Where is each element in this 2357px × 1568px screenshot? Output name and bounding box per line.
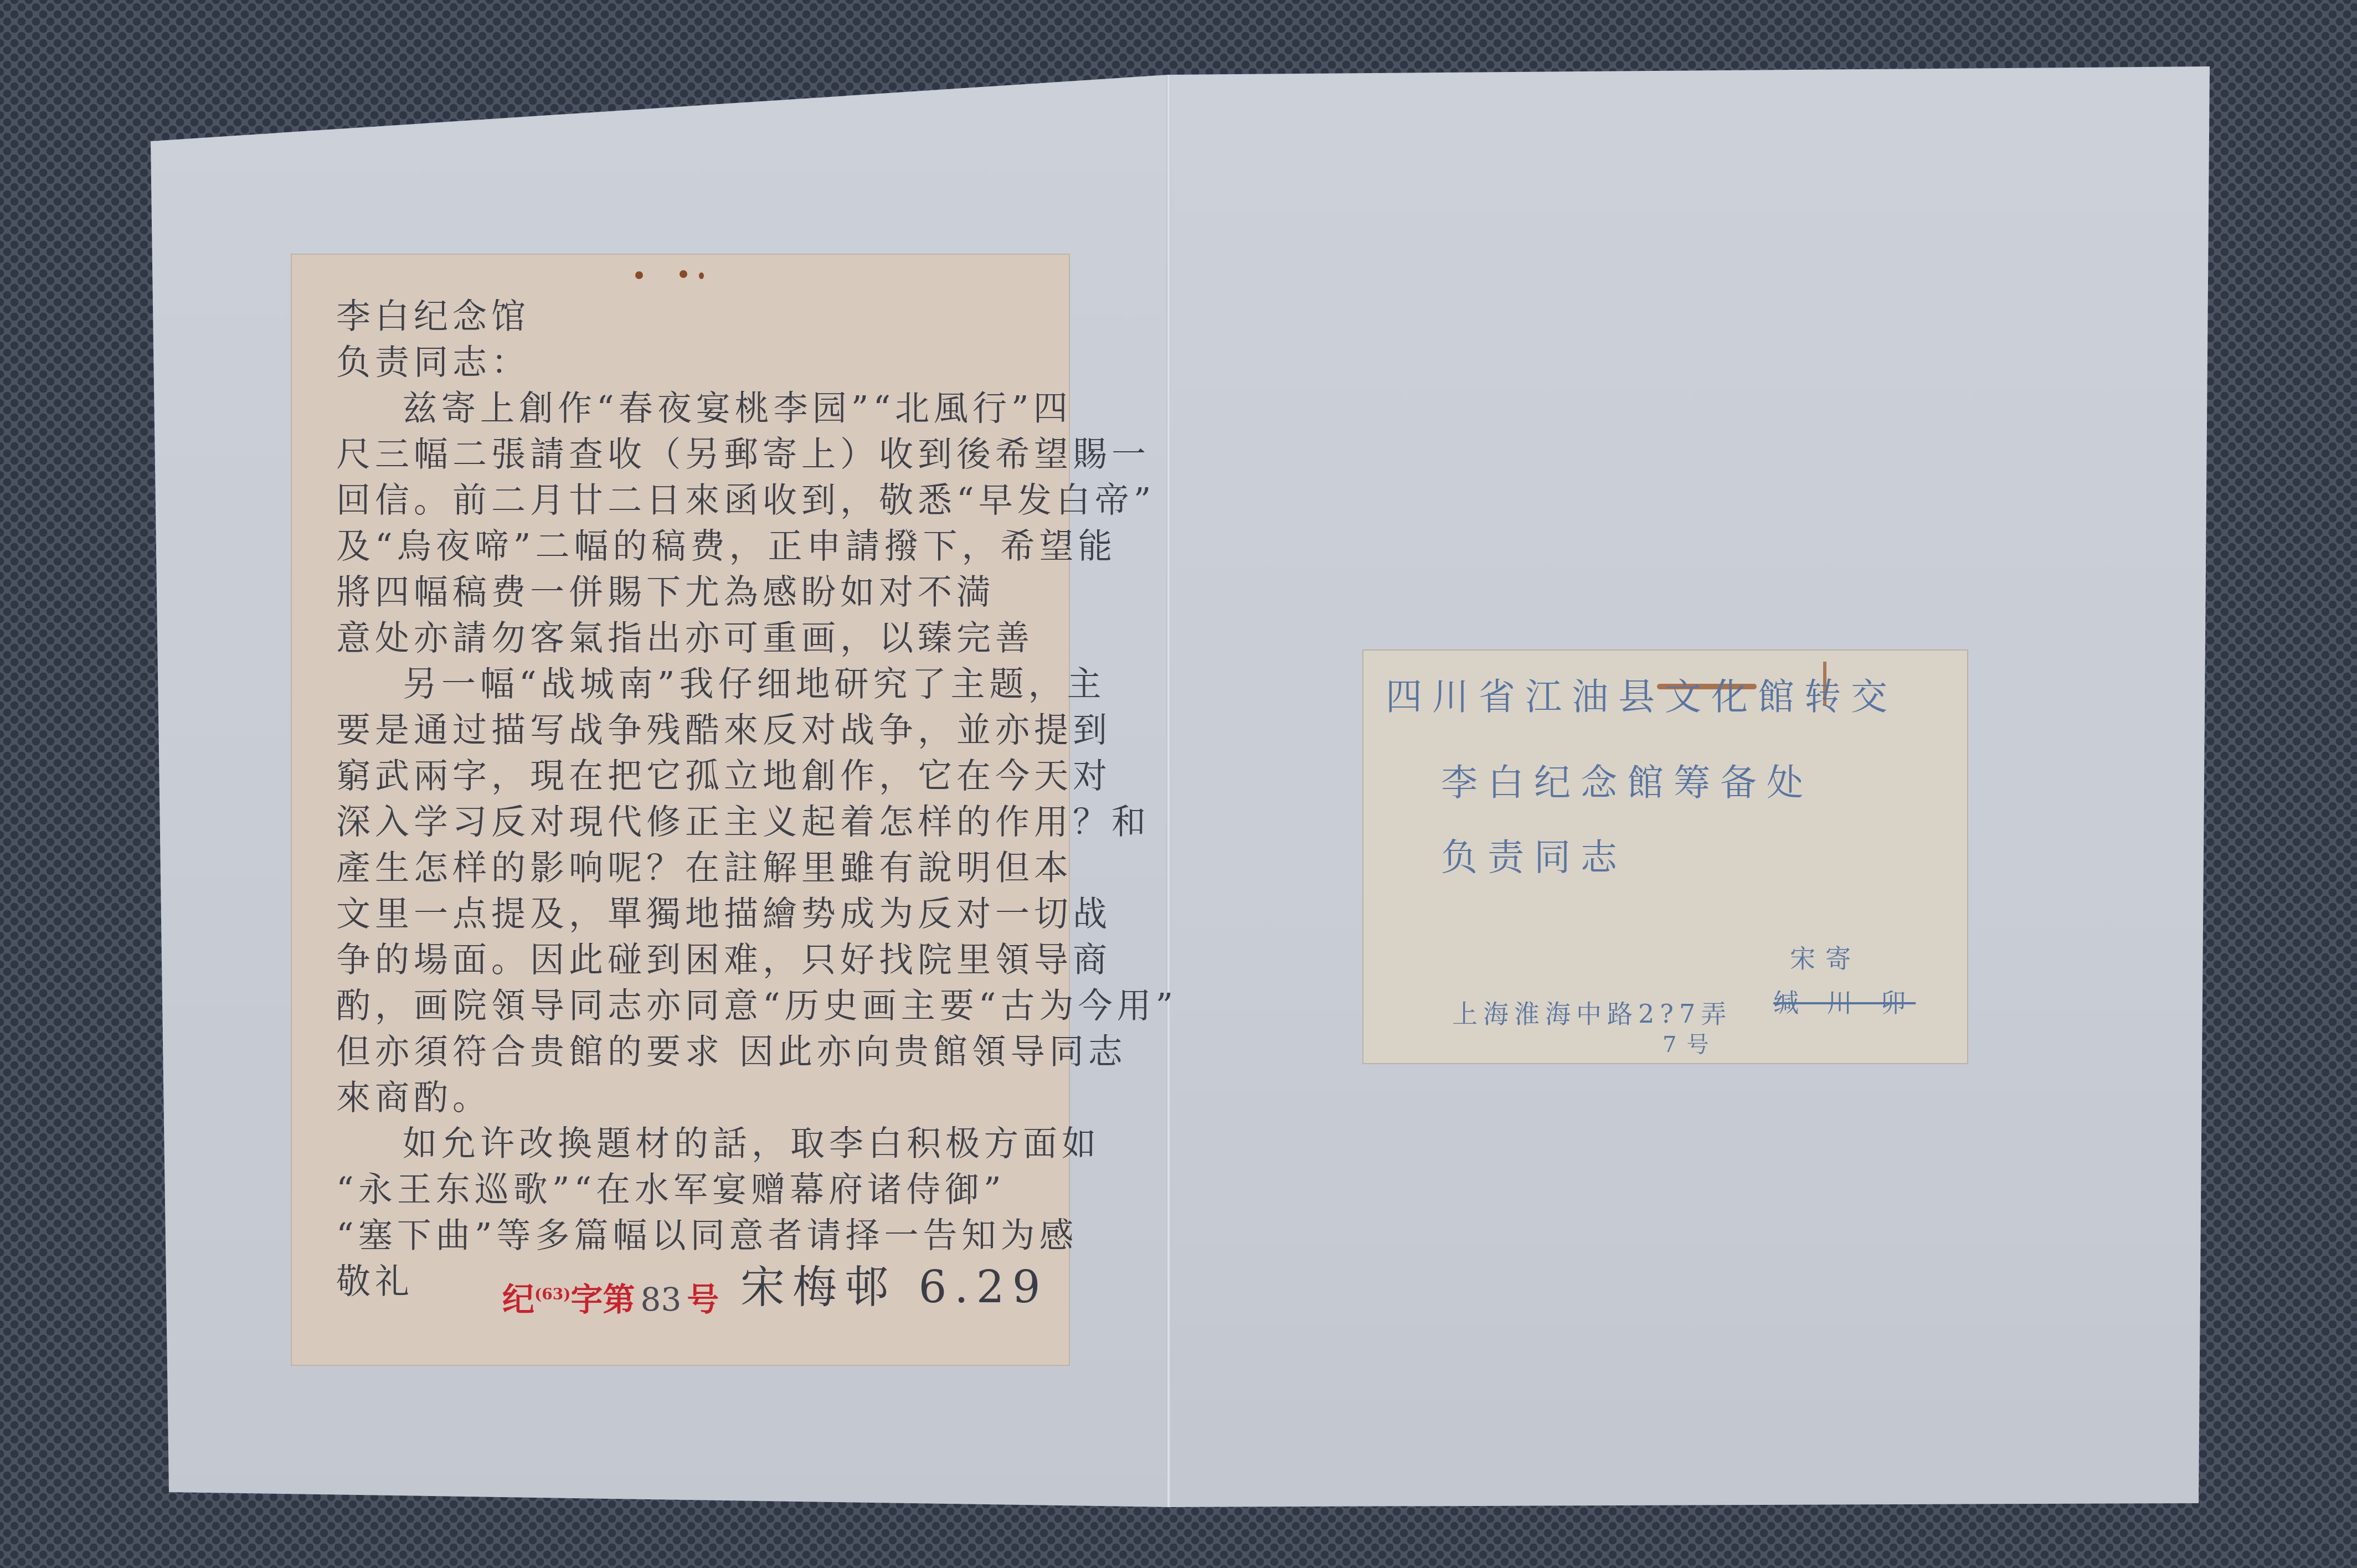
- envelope-recipient-name: 负责同志: [1441, 828, 1627, 880]
- letter-line: 如允许改換題材的話，取李白积极方面如: [336, 1121, 1036, 1167]
- rust-spot: [680, 270, 687, 278]
- envelope-recipient-org: 李白纪念館筹备处: [1441, 753, 1813, 806]
- letter-line: 尺三幅二張請查收（另郵寄上）收到後希望賜一: [336, 431, 1036, 477]
- envelope-crossed-mark: 缄 川 卯: [1773, 983, 1916, 1019]
- envelope-sender-name: 宋寄: [1790, 938, 1861, 975]
- letter-line: 争的場面。因此碰到困难，只好找院里領导商: [336, 937, 1036, 983]
- envelope: 四川省江油县文化館转交 李白纪念館筹备处 负责同志 宋寄 上海淮海中路2?7弄 …: [1363, 651, 1967, 1063]
- red-archive-stamp: 纪(63)字第83号: [502, 1273, 719, 1320]
- letter-line: 另一幅“战城南”我仔细地研究了主题，主: [336, 661, 1036, 707]
- letter-signature: 宋梅邨 6.29: [740, 1251, 1048, 1315]
- letter-line: 窮武兩字，現在把它孤立地創作，它在今天对: [336, 753, 1036, 799]
- letter-line: 但亦須符合贵館的要求 因此亦向贵館領导同志: [336, 1029, 1036, 1075]
- stamp-suffix: 号: [687, 1281, 719, 1318]
- stamp-year: (63): [534, 1285, 570, 1303]
- letter-line: 將四幅稿费一併賜下尤為感盼如对不満: [336, 569, 1036, 615]
- letter-line: 文里一点提及，單獨地描繪势成为反对一切战: [336, 891, 1036, 937]
- envelope-sender-address-number: 7号: [1663, 1027, 1718, 1059]
- rust-spot: [635, 271, 643, 279]
- letter-line: 意处亦請勿客氣指出亦可重画，以臻完善: [336, 615, 1036, 661]
- letter-line: 酌，画院領导同志亦同意“历史画主要“古为今用”: [336, 983, 1036, 1029]
- letter-footer: 纪(63)字第83号 宋梅邨 6.29: [502, 1257, 1056, 1323]
- rust-spot: [699, 272, 704, 279]
- folder-center-fold: [1166, 75, 1171, 1507]
- letter-salutation-greeting: 负责同志：: [336, 339, 1036, 385]
- letter-line: 要是通过描写战争残酷來反对战争，並亦提到: [336, 707, 1036, 753]
- stamp-prefix: 纪: [502, 1281, 534, 1318]
- letter-line: 來商酌。: [336, 1075, 1036, 1121]
- letter-line: 回信。前二月廿二日來函收到，敬悉“早发白帝”: [336, 477, 1036, 523]
- envelope-sender-address: 上海淮海中路2?7弄: [1452, 994, 1732, 1030]
- envelope-recipient-address: 四川省江油县文化館转交: [1386, 667, 1897, 720]
- letter-line: “永王东巡歌”“在水军宴赠幕府诸侍御”: [336, 1167, 1036, 1213]
- signature-name: 宋梅邨: [740, 1261, 897, 1313]
- letter-line: 產生怎样的影响呢？在註解里雖有說明但本: [336, 845, 1036, 891]
- letter-salutation-recipient: 李白纪念馆: [336, 293, 1036, 339]
- letter-line: 深入学习反对現代修正主义起着怎样的作用？和: [336, 799, 1036, 845]
- letter-line: 及“烏夜啼”二幅的稿费，正申請撥下，希望能: [336, 523, 1036, 569]
- stamp-number: 83: [635, 1281, 687, 1318]
- handwritten-letter: 李白纪念馆 负责同志： 兹寄上創作“春夜宴桃李园”“北風行”四 尺三幅二張請查收…: [292, 255, 1069, 1365]
- letter-line: 兹寄上創作“春夜宴桃李园”“北風行”四: [336, 385, 1036, 431]
- document-folder: 李白纪念馆 负责同志： 兹寄上創作“春夜宴桃李园”“北風行”四 尺三幅二張請查收…: [0, 0, 2357, 1568]
- stamp-middle: 字第: [570, 1281, 635, 1318]
- signature-date: 6.29: [918, 1261, 1048, 1313]
